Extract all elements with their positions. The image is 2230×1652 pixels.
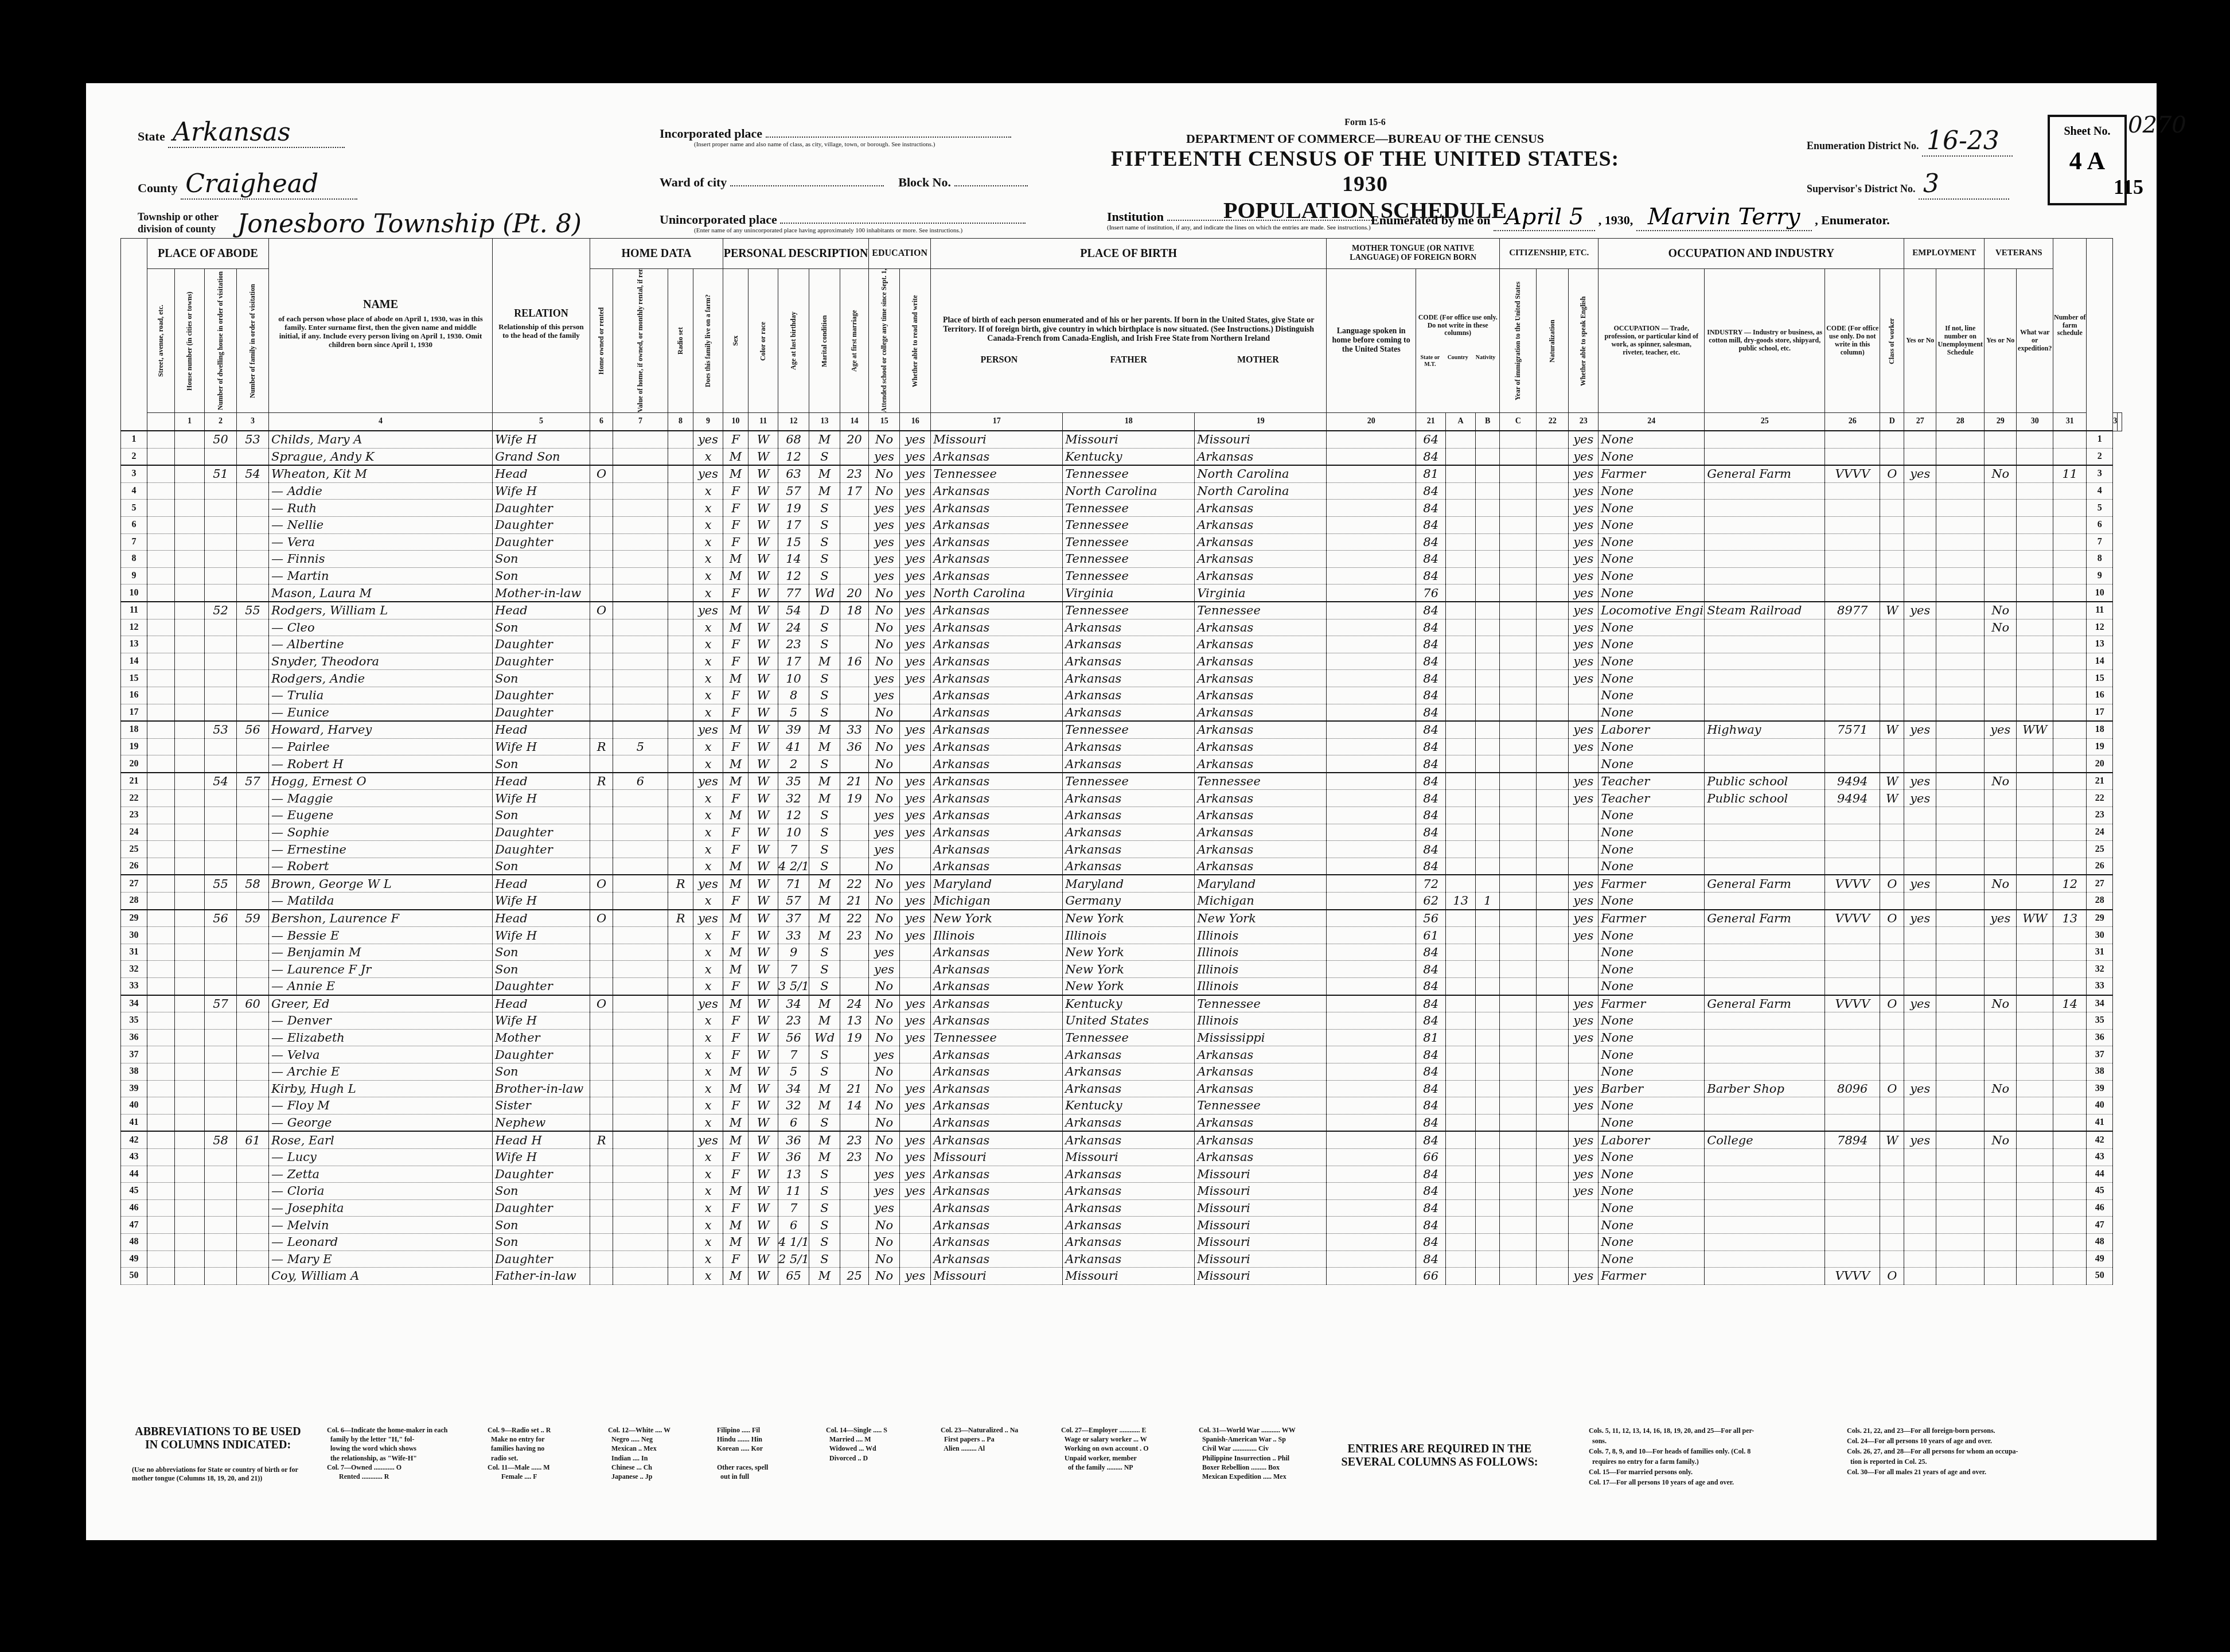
cell-age-marriage: 20 — [840, 585, 869, 602]
cell-read: yes — [900, 910, 931, 927]
cell-race: W — [748, 790, 778, 807]
column-number: 24 — [1599, 413, 1705, 431]
header-farm-schedule: Number of farm schedule — [2053, 239, 2087, 413]
line-number: 23 — [121, 807, 147, 824]
cell-industry — [1705, 1217, 1825, 1234]
cell-radio — [668, 1097, 693, 1115]
cell-read: yes — [900, 927, 931, 944]
cell-father: Arkansas — [1063, 1046, 1195, 1063]
cell-farm: x — [693, 738, 723, 755]
cell-war — [2017, 448, 2053, 465]
cell-ind-code — [1825, 858, 1880, 875]
cell-street — [147, 704, 175, 721]
cell-sex: F — [723, 431, 748, 448]
cell-relation: Daughter — [493, 841, 590, 858]
cell-code-b — [1446, 1233, 1476, 1250]
cell-marital: M — [809, 927, 840, 944]
cell-radio — [668, 1046, 693, 1063]
cell-class — [1880, 551, 1904, 568]
column-number: 15 — [869, 413, 900, 431]
cell-class — [1880, 1199, 1904, 1217]
cell-ind-code: 8096 — [1825, 1080, 1880, 1097]
cell-class — [1880, 431, 1904, 448]
cell-work — [1904, 687, 1936, 704]
cell-owned — [590, 755, 613, 773]
cell-father: Arkansas — [1063, 636, 1195, 653]
abbr-col31: Col. 31—World War ........... WW Spanish… — [1199, 1425, 1296, 1481]
cell-relation: Wife H — [493, 893, 590, 910]
cell-relation: Head — [493, 773, 590, 790]
cell-dwelling — [205, 927, 237, 944]
cell-immigration — [1500, 1166, 1537, 1183]
cell-naturalization — [1537, 704, 1569, 721]
cell-radio — [668, 1114, 693, 1131]
population-table: PLACE OF ABODE NAME of each person whose… — [120, 238, 2122, 1285]
cell-father: Tennessee — [1063, 551, 1195, 568]
entries-required-1: Cols. 5, 11, 12, 13, 14, 16, 18, 19, 20,… — [1589, 1425, 1754, 1487]
cell-english: yes — [1569, 790, 1599, 807]
cell-race: W — [748, 670, 778, 687]
cell-ind-code — [1825, 1148, 1880, 1166]
cell-value — [613, 841, 668, 858]
cell-occupation: Laborer — [1599, 1131, 1705, 1148]
cell-age: 32 — [778, 1097, 809, 1115]
table-row: 9— MartinSonxMW12SyesyesArkansasTennesse… — [121, 567, 2122, 585]
cell-street — [147, 978, 175, 995]
right-line-number: 49 — [2087, 1250, 2113, 1268]
cell-ind-code — [1825, 1250, 1880, 1268]
ward-field: Ward of city Block No. — [660, 175, 1028, 190]
cell-english: yes — [1569, 1029, 1599, 1046]
cell-mother: Arkansas — [1195, 1080, 1327, 1097]
group-mother-tongue: MOTHER TONGUE (OR NATIVE LANGUAGE) OF FO… — [1327, 239, 1500, 269]
cell-work — [1904, 1199, 1936, 1217]
cell-birth: Arkansas — [931, 704, 1063, 721]
cell-occupation: None — [1599, 448, 1705, 465]
cell-house — [175, 1166, 205, 1183]
cell-language — [1327, 1217, 1416, 1234]
cell-code-b — [1446, 927, 1476, 944]
right-line-number: 38 — [2087, 1063, 2113, 1080]
cell-age-marriage — [840, 824, 869, 841]
line-number: 4 — [121, 482, 147, 500]
cell-age: 15 — [778, 533, 809, 551]
cell-age: 7 — [778, 841, 809, 858]
cell-work-line — [1936, 465, 1985, 482]
cell-birth: Missouri — [931, 431, 1063, 448]
cell-vet — [1985, 1268, 2017, 1285]
cell-age-marriage — [840, 1114, 869, 1131]
cell-relation: Son — [493, 1217, 590, 1234]
cell-war — [2017, 995, 2053, 1012]
cell-name: Brown, George W L — [269, 875, 493, 892]
cell-name: — Denver — [269, 1012, 493, 1030]
cell-code-a: 84 — [1416, 995, 1446, 1012]
cell-birth: Arkansas — [931, 448, 1063, 465]
header-house-number: House number (in cities or towns) — [175, 269, 205, 413]
cell-mother: Arkansas — [1195, 704, 1327, 721]
cell-naturalization — [1537, 500, 1569, 517]
incorporated-label: Incorporated place — [660, 126, 762, 141]
cell-name: Rodgers, Andie — [269, 670, 493, 687]
cell-marital: S — [809, 516, 840, 533]
cell-code-a: 84 — [1416, 1233, 1446, 1250]
cell-family — [237, 824, 269, 841]
cell-owned: R — [590, 773, 613, 790]
column-number: 1 — [175, 413, 205, 431]
cell-street — [147, 841, 175, 858]
table-row: 2Sprague, Andy KGrand SonxMW12SyesyesArk… — [121, 448, 2122, 465]
cell-code-c — [1476, 500, 1500, 517]
right-line-number: 8 — [2087, 551, 2113, 568]
cell-vet — [1985, 1063, 2017, 1080]
cell-work — [1904, 755, 1936, 773]
table-row: 115255Rodgers, William LHeadOyesMW54D18N… — [121, 602, 2122, 619]
cell-occupation: Farmer — [1599, 910, 1705, 927]
cell-relation: Wife H — [493, 927, 590, 944]
cell-street — [147, 448, 175, 465]
cell-class: W — [1880, 773, 1904, 790]
cell-radio — [668, 619, 693, 636]
cell-sex: F — [723, 687, 748, 704]
cell-owned — [590, 961, 613, 978]
cell-owned — [590, 841, 613, 858]
cell-ind-code — [1825, 1166, 1880, 1183]
cell-read: yes — [900, 585, 931, 602]
cell-work-line — [1936, 636, 1985, 653]
cell-ind-code: 8977 — [1825, 602, 1880, 619]
cell-birth: Arkansas — [931, 533, 1063, 551]
cell-school: No — [869, 1012, 900, 1030]
cell-vet — [1985, 858, 2017, 875]
cell-english — [1569, 824, 1599, 841]
cell-farm: yes — [693, 431, 723, 448]
cell-age: 7 — [778, 1199, 809, 1217]
cell-read: yes — [900, 670, 931, 687]
cell-school: No — [869, 704, 900, 721]
supervisor-district-field: Supervisor's District No. 3 — [1807, 169, 2009, 200]
cell-marital: M — [809, 893, 840, 910]
cell-ind-code: VVVV — [1825, 995, 1880, 1012]
cell-language — [1327, 995, 1416, 1012]
cell-mother: Missouri — [1195, 1199, 1327, 1217]
cell-code-a: 84 — [1416, 687, 1446, 704]
cell-radio — [668, 431, 693, 448]
state-label: State — [138, 129, 165, 143]
cell-immigration — [1500, 551, 1537, 568]
cell-war: WW — [2017, 721, 2053, 738]
cell-family — [237, 482, 269, 500]
cell-house — [175, 773, 205, 790]
cell-industry — [1705, 1268, 1825, 1285]
cell-birth: Illinois — [931, 927, 1063, 944]
cell-code-c — [1476, 1063, 1500, 1080]
cell-occupation: Teacher — [1599, 790, 1705, 807]
cell-family — [237, 516, 269, 533]
cell-value — [613, 1063, 668, 1080]
cell-family — [237, 1217, 269, 1234]
cell-farm: x — [693, 1063, 723, 1080]
cell-birth: Arkansas — [931, 1063, 1063, 1080]
cell-race: W — [748, 431, 778, 448]
cell-street — [147, 619, 175, 636]
right-line-number: 39 — [2087, 1080, 2113, 1097]
cell-family — [237, 790, 269, 807]
cell-age-marriage: 14 — [840, 1097, 869, 1115]
cell-dwelling — [205, 482, 237, 500]
cell-occupation: None — [1599, 1233, 1705, 1250]
cell-school: yes — [869, 961, 900, 978]
cell-age: 14 — [778, 551, 809, 568]
cell-war — [2017, 1233, 2053, 1250]
cell-street — [147, 551, 175, 568]
cell-value — [613, 1217, 668, 1234]
cell-family — [237, 687, 269, 704]
cell-class — [1880, 533, 1904, 551]
cell-family — [237, 1166, 269, 1183]
cell-occupation: None — [1599, 961, 1705, 978]
cell-race: W — [748, 824, 778, 841]
cell-house — [175, 910, 205, 927]
cell-street — [147, 482, 175, 500]
cell-work — [1904, 585, 1936, 602]
cell-street — [147, 790, 175, 807]
cell-code-c — [1476, 755, 1500, 773]
cell-marital: S — [809, 807, 840, 824]
cell-marital: M — [809, 738, 840, 755]
cell-school: No — [869, 1114, 900, 1131]
cell-street — [147, 1012, 175, 1030]
header-industry: INDUSTRY — Industry or business, as cott… — [1705, 269, 1825, 413]
cell-vet — [1985, 1046, 2017, 1063]
cell-farm: x — [693, 1012, 723, 1030]
cell-school: No — [869, 1080, 900, 1097]
cell-street — [147, 1199, 175, 1217]
cell-english: yes — [1569, 1268, 1599, 1285]
right-line-number: 50 — [2087, 1268, 2113, 1285]
cell-work-line — [1936, 721, 1985, 738]
cell-class — [1880, 448, 1904, 465]
cell-owned — [590, 1080, 613, 1097]
cell-ind-code — [1825, 807, 1880, 824]
cell-language — [1327, 841, 1416, 858]
cell-relation: Son — [493, 807, 590, 824]
column-number: 3 — [237, 413, 269, 431]
cell-house — [175, 738, 205, 755]
cell-marital: M — [809, 465, 840, 482]
cell-immigration — [1500, 465, 1537, 482]
cell-dwelling — [205, 1114, 237, 1131]
cell-work-line — [1936, 755, 1985, 773]
cell-read — [900, 1250, 931, 1268]
cell-age: 7 — [778, 1046, 809, 1063]
cell-house — [175, 961, 205, 978]
cell-naturalization — [1537, 1166, 1569, 1183]
cell-house — [175, 636, 205, 653]
cell-work — [1904, 893, 1936, 910]
table-row: 7— VeraDaughterxFW15SyesyesArkansasTenne… — [121, 533, 2122, 551]
cell-marital: S — [809, 841, 840, 858]
cell-street — [147, 465, 175, 482]
cell-read: yes — [900, 893, 931, 910]
cell-owned: O — [590, 602, 613, 619]
cell-code-c — [1476, 670, 1500, 687]
cell-naturalization — [1537, 738, 1569, 755]
cell-farm: x — [693, 704, 723, 721]
cell-street — [147, 636, 175, 653]
cell-occupation: Farmer — [1599, 465, 1705, 482]
cell-family — [237, 738, 269, 755]
cell-code-b — [1446, 790, 1476, 807]
cell-birth: Michigan — [931, 893, 1063, 910]
cell-school: yes — [869, 1046, 900, 1063]
cell-industry: General Farm — [1705, 465, 1825, 482]
cell-dwelling — [205, 1029, 237, 1046]
cell-language — [1327, 773, 1416, 790]
cell-ind-code — [1825, 516, 1880, 533]
cell-age: 5 — [778, 704, 809, 721]
cell-street — [147, 755, 175, 773]
header-person: PERSON — [934, 355, 1064, 365]
cell-race: W — [748, 653, 778, 670]
cell-work — [1904, 1097, 1936, 1115]
cell-age-marriage — [840, 1217, 869, 1234]
cell-age: 9 — [778, 944, 809, 961]
cell-street — [147, 1029, 175, 1046]
cell-street — [147, 1268, 175, 1285]
cell-age-marriage — [840, 1046, 869, 1063]
cell-value — [613, 1046, 668, 1063]
column-number: 16 — [900, 413, 931, 431]
cell-owned: O — [590, 995, 613, 1012]
cell-radio — [668, 944, 693, 961]
cell-farm: x — [693, 533, 723, 551]
right-line-number: 1 — [2087, 431, 2113, 448]
cell-dwelling — [205, 961, 237, 978]
cell-marital: S — [809, 1217, 840, 1234]
cell-code-a: 84 — [1416, 721, 1446, 738]
cell-relation: Wife H — [493, 738, 590, 755]
line-number: 6 — [121, 516, 147, 533]
right-line-number: 25 — [2087, 841, 2113, 858]
cell-work-line — [1936, 1166, 1985, 1183]
cell-farm-sched — [2053, 841, 2087, 858]
table-row: 45— CloriaSonxMW11SyesyesArkansasArkansa… — [121, 1183, 2122, 1200]
cell-farm: x — [693, 1148, 723, 1166]
cell-farm-sched — [2053, 1199, 2087, 1217]
cell-owned — [590, 1029, 613, 1046]
cell-school: yes — [869, 1183, 900, 1200]
line-number: 50 — [121, 1268, 147, 1285]
cell-father: Arkansas — [1063, 807, 1195, 824]
cell-work-line — [1936, 1080, 1985, 1097]
cell-industry — [1705, 1199, 1825, 1217]
cell-owned: R — [590, 1131, 613, 1148]
group-education: EDUCATION — [869, 239, 931, 269]
cell-father: New York — [1063, 944, 1195, 961]
right-line-number: 30 — [2087, 927, 2113, 944]
cell-value — [613, 1114, 668, 1131]
cell-naturalization — [1537, 1097, 1569, 1115]
cell-work — [1904, 978, 1936, 995]
cell-work — [1904, 944, 1936, 961]
cell-work — [1904, 551, 1936, 568]
column-number: 23 — [1569, 413, 1599, 431]
cell-street — [147, 995, 175, 1012]
cell-house — [175, 533, 205, 551]
line-number: 35 — [121, 1012, 147, 1030]
cell-family — [237, 858, 269, 875]
enumerated-by-line: Enumerated by me on April 5 , 1930, Marv… — [1371, 204, 1890, 230]
cell-code-b — [1446, 670, 1476, 687]
cell-industry — [1705, 653, 1825, 670]
right-line-number: 10 — [2087, 585, 2113, 602]
cell-age: 5 — [778, 1063, 809, 1080]
cell-marital: S — [809, 961, 840, 978]
header-occupation: OCCUPATION — Trade, profession, or parti… — [1599, 269, 1705, 413]
cell-house — [175, 944, 205, 961]
cell-english: yes — [1569, 893, 1599, 910]
cell-age: 36 — [778, 1131, 809, 1148]
cell-english — [1569, 944, 1599, 961]
cell-war — [2017, 636, 2053, 653]
cell-read: yes — [900, 1131, 931, 1148]
cell-industry — [1705, 551, 1825, 568]
table-row: 49— Mary EDaughterxFW2 5/12SNoArkansasAr… — [121, 1250, 2122, 1268]
cell-street — [147, 927, 175, 944]
sheet-value: 4 A — [2050, 146, 2124, 176]
cell-work-line — [1936, 567, 1985, 585]
cell-age: 6 — [778, 1114, 809, 1131]
cell-farm-sched — [2053, 500, 2087, 517]
cell-class — [1880, 1166, 1904, 1183]
cell-house — [175, 465, 205, 482]
right-line-number: 29 — [2087, 910, 2113, 927]
state-value: Arkansas — [168, 118, 345, 148]
cell-dwelling — [205, 585, 237, 602]
cell-war — [2017, 1080, 2053, 1097]
cell-house — [175, 790, 205, 807]
cell-dwelling — [205, 533, 237, 551]
table-row: 33— Annie EDaughterxFW3 5/12SNoArkansasN… — [121, 978, 2122, 995]
name-desc: of each person whose place of abode on A… — [269, 311, 492, 353]
cell-birth: Arkansas — [931, 755, 1063, 773]
line-number: 10 — [121, 585, 147, 602]
cell-name: Sprague, Andy K — [269, 448, 493, 465]
cell-owned — [590, 636, 613, 653]
cell-work — [1904, 1166, 1936, 1183]
table-row: 6— NellieDaughterxFW17SyesyesArkansasTen… — [121, 516, 2122, 533]
cell-sex: F — [723, 636, 748, 653]
cell-code-a: 84 — [1416, 841, 1446, 858]
cell-family — [237, 961, 269, 978]
cell-mother: Missouri — [1195, 1217, 1327, 1234]
cell-naturalization — [1537, 910, 1569, 927]
cell-war — [2017, 567, 2053, 585]
cell-family — [237, 841, 269, 858]
cell-birth: Arkansas — [931, 824, 1063, 841]
cell-dwelling: 55 — [205, 875, 237, 892]
cell-name: — Addie — [269, 482, 493, 500]
cell-war — [2017, 533, 2053, 551]
cell-farm-sched — [2053, 448, 2087, 465]
cell-vet — [1985, 1199, 2017, 1217]
cell-industry: Barber Shop — [1705, 1080, 1825, 1097]
cell-vet — [1985, 1012, 2017, 1030]
cell-work-line — [1936, 431, 1985, 448]
cell-naturalization — [1537, 1080, 1569, 1097]
cell-family — [237, 893, 269, 910]
